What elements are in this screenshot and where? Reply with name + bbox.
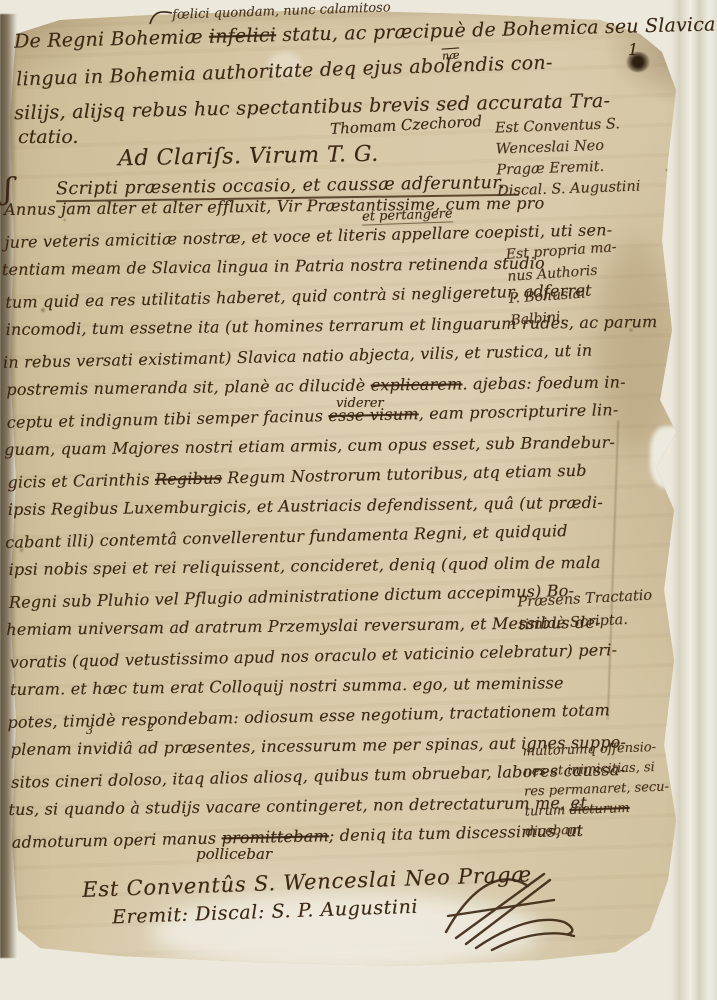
interlinear-correction: pollicebar: [196, 845, 272, 863]
text-segment: ceptu et indignum tibi semper facinus: [6, 406, 328, 432]
interlinear-correction: næ: [442, 48, 460, 62]
text-segment: , eam proscripturire lin-: [418, 400, 618, 423]
title-line: ctatio.: [18, 126, 78, 148]
crossed-out-signature-icon: [432, 860, 582, 960]
struck-word: Regibus: [155, 468, 222, 488]
text-segment: gicis et Carinthis: [7, 470, 155, 492]
struck-word: explicarem: [371, 374, 463, 394]
text-segment: postremis numeranda sit, planè ac diluci…: [6, 376, 371, 399]
text-segment: Wenceslai Neo: [495, 138, 604, 158]
margin-note-provenance: Est Conventus S.Wenceslai NeoPragæ Eremi…: [495, 114, 641, 203]
insertion-caret-icon: [148, 8, 174, 26]
interlinear-correction: et pertangere: [362, 206, 453, 225]
struck-word: infelici: [209, 24, 277, 48]
text-segment: Pragæ Eremit.: [496, 159, 604, 179]
word-order-mark: 3: [86, 724, 93, 737]
text-segment: Est Conventus S.: [495, 116, 620, 136]
page-edge-band: [671, 0, 717, 1000]
body-text: Annus jam alter et alter effluxit, Vir P…: [4, 192, 664, 860]
interlinear-correction: viderer: [336, 396, 384, 411]
text-segment: ctatio.: [18, 126, 78, 148]
manuscript-scan: fœlici quondam, nunc calamitoso De Regni…: [0, 0, 717, 1000]
word-order-mark: 2: [147, 721, 154, 734]
page-number: 1: [628, 40, 638, 59]
salutation-line: Ad Clariſs. Virum T. G.: [118, 142, 379, 172]
text-segment: ; deniq ita tum discessimus, ut: [329, 821, 584, 845]
text-segment: . ajebas: foedum in-: [462, 372, 625, 393]
text-segment: admoturum operi manus: [12, 828, 222, 851]
